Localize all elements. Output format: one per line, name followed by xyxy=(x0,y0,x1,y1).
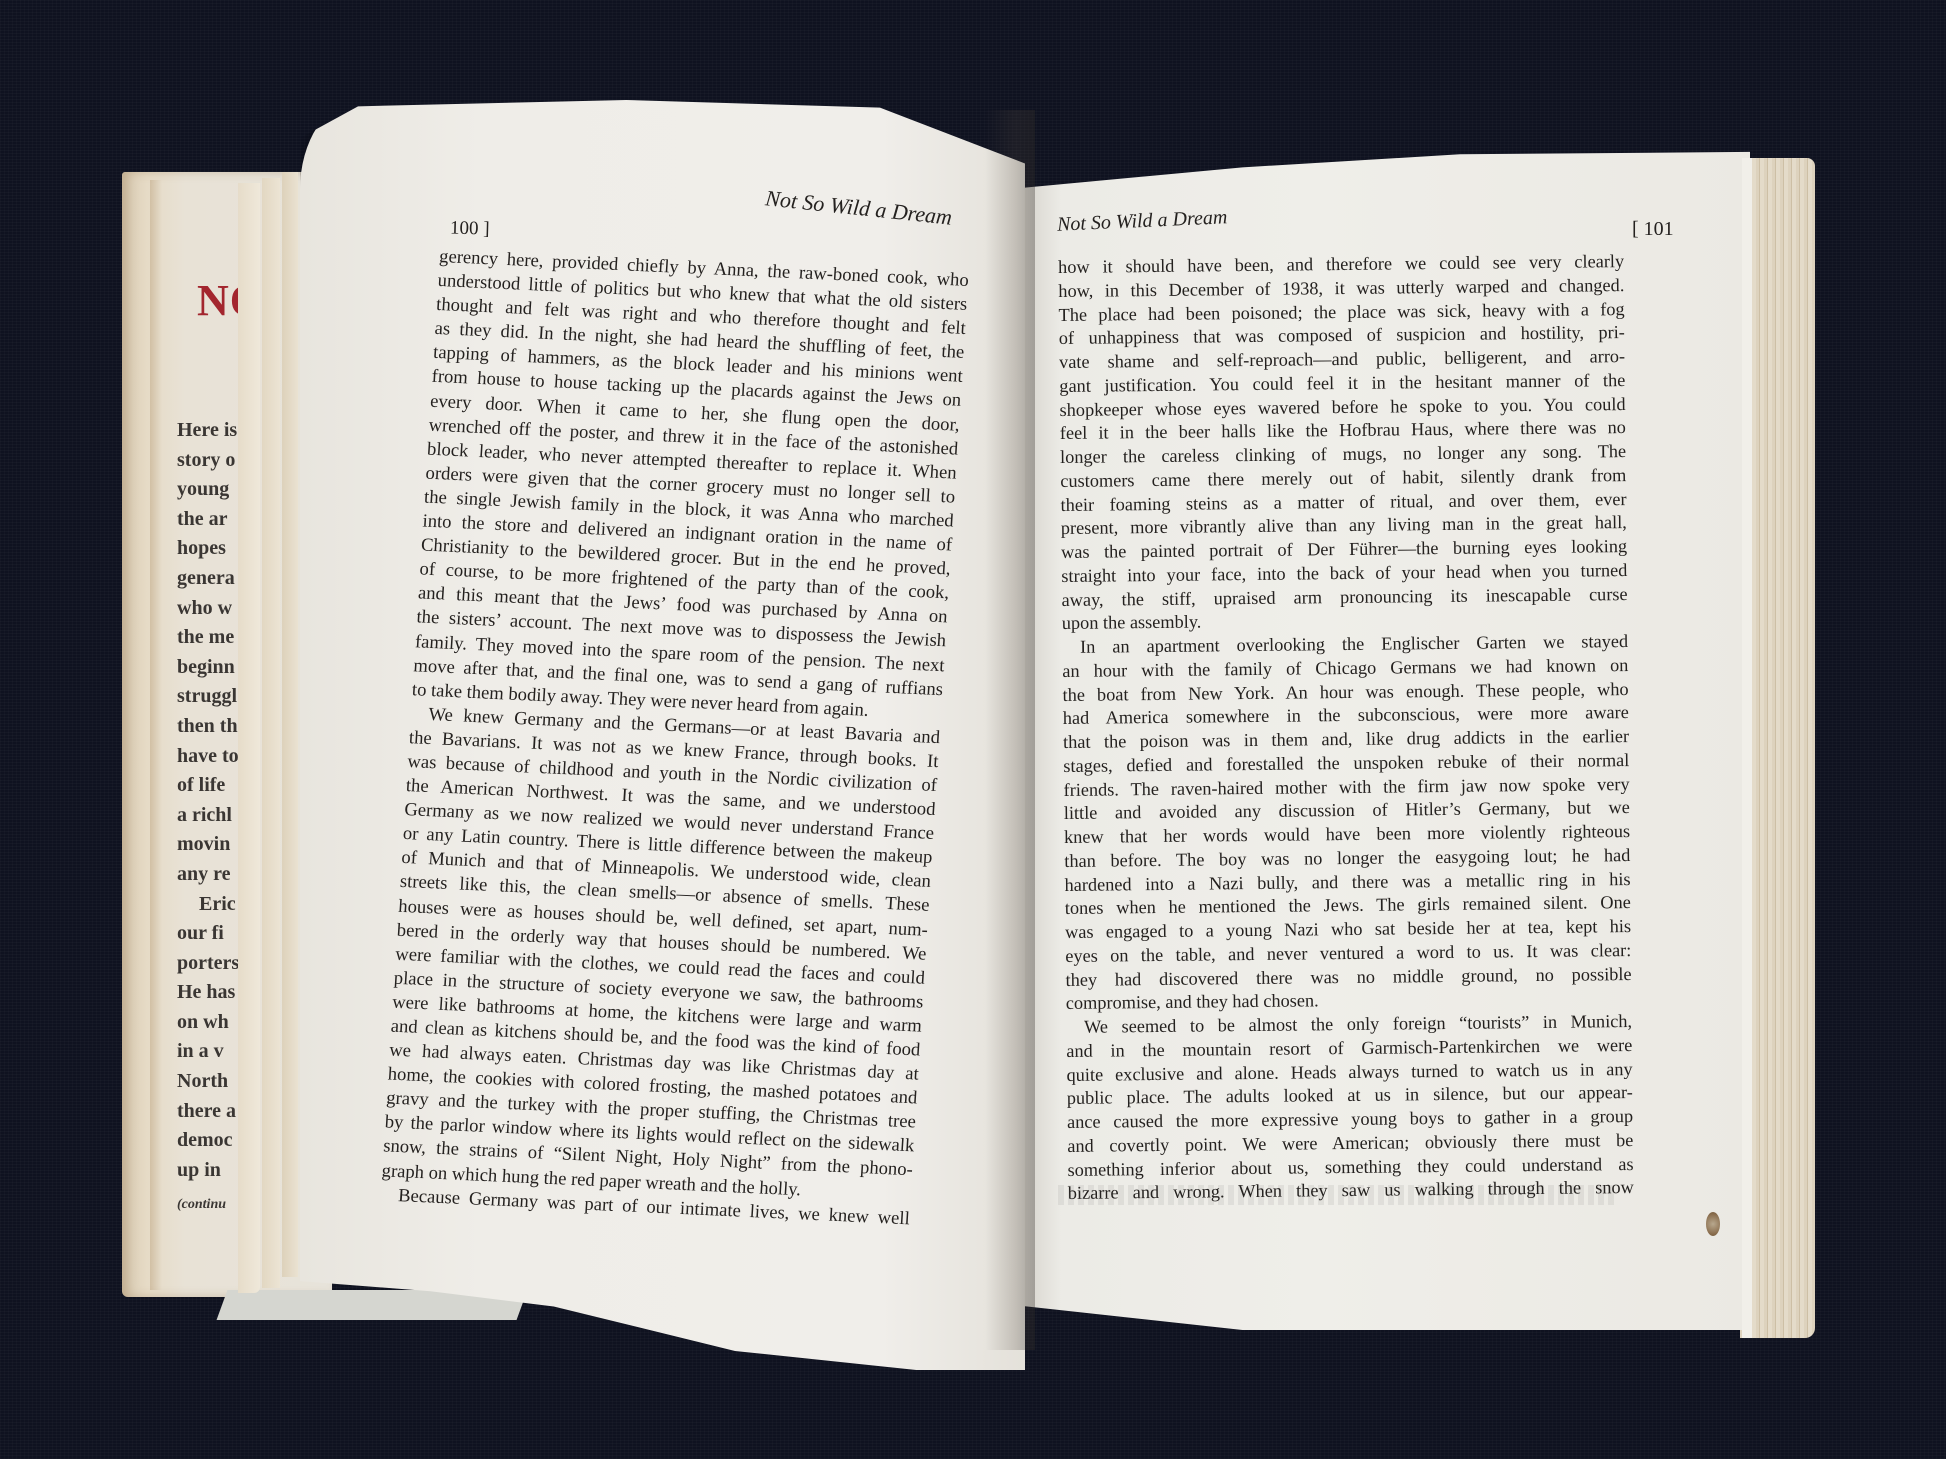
jacket-blurb-line: hopes xyxy=(177,534,239,564)
jacket-blurb-line: young xyxy=(177,475,239,505)
jacket-blurb-line: have to xyxy=(177,742,239,772)
jacket-blurb-line: Here is xyxy=(177,416,239,446)
ink-showthrough xyxy=(1058,1185,1618,1205)
jacket-fold-shadow xyxy=(150,180,162,1290)
jacket-blurb-line: in a v xyxy=(177,1037,239,1067)
jacket-blurb-line: beginn xyxy=(177,653,239,683)
jacket-blurb-line: Eric xyxy=(177,890,239,920)
jacket-blurb-line: the ar xyxy=(177,505,239,535)
gutter-shadow xyxy=(985,110,1035,1350)
page-stack-edge xyxy=(238,183,260,1293)
jacket-blurb-line: up in xyxy=(177,1156,239,1186)
jacket-blurb-line: then th xyxy=(177,712,239,742)
jacket-blurb-line: democ xyxy=(177,1126,239,1156)
page-number-left: 100 ] xyxy=(450,217,490,240)
jacket-blurb-line: a richl xyxy=(177,801,239,831)
jacket-blurb-line: struggl xyxy=(177,682,239,712)
jacket-blurb-line: movin xyxy=(177,830,239,860)
jacket-blurb-line: of life xyxy=(177,771,239,801)
jacket-blurb-line: porters xyxy=(177,949,239,979)
right-page-body: how it should have been, and therefore w… xyxy=(1058,250,1634,1206)
page-stack-edge xyxy=(262,178,280,1288)
page-number-right: [ 101 xyxy=(1632,218,1674,241)
jacket-blurb-line: North xyxy=(177,1067,239,1097)
jacket-blurb-line: the me xyxy=(177,623,239,653)
page-edge xyxy=(1742,158,1752,1338)
jacket-blurb-line: on wh xyxy=(177,1008,239,1038)
jacket-blurb-line: genera xyxy=(177,564,239,594)
jacket-blurb-line: He has xyxy=(177,978,239,1008)
jacket-blurb-line: story o xyxy=(177,446,239,476)
jacket-continued-note: (continu xyxy=(177,1197,247,1213)
jacket-blurb-line: any re xyxy=(177,860,239,890)
jacket-blurb-line: who w xyxy=(177,594,239,624)
jacket-blurb: Here isstory oyoungthe arhopesgenerawho … xyxy=(177,416,239,1185)
paper-stain xyxy=(1706,1212,1720,1236)
page-stack-edge xyxy=(282,172,298,1277)
left-page-body: gerency here, provided chiefly by Anna, … xyxy=(379,245,969,1231)
jacket-blurb-line: our fi xyxy=(177,919,239,949)
jacket-blurb-line: there a xyxy=(177,1097,239,1127)
